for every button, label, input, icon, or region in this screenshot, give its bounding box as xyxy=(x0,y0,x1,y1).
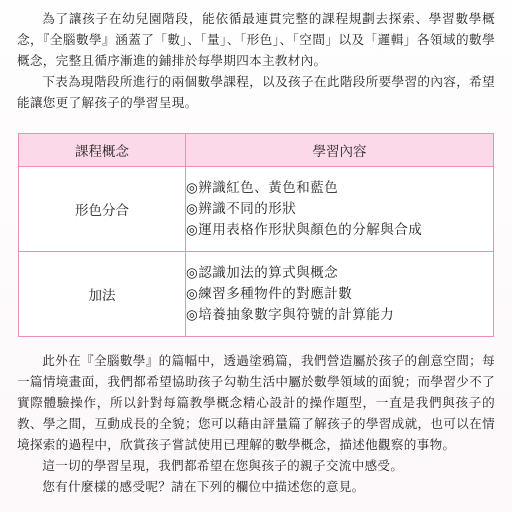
row-concept: 形色分合 xyxy=(19,167,186,252)
outro-paragraph-3: 您有什麼樣的感受呢？請在下列的欄位中描述您的意見。 xyxy=(17,476,495,497)
table-header-row: 課程概念 學習內容 xyxy=(19,134,494,167)
row-content: ◎辨識紅色、黃色和藍色 ◎辨識不同的形狀 ◎運用表格作形狀與顏色的分解與合成 xyxy=(186,167,494,252)
row-concept: 加法 xyxy=(19,252,186,337)
table-row: 形色分合 ◎辨識紅色、黃色和藍色 ◎辨識不同的形狀 ◎運用表格作形狀與顏色的分解… xyxy=(19,167,494,252)
curriculum-table: 課程概念 學習內容 形色分合 ◎辨識紅色、黃色和藍色 ◎辨識不同的形狀 ◎運用表… xyxy=(18,133,494,337)
table-row: 加法 ◎認識加法的算式與概念 ◎練習多種物件的對應計數 ◎培養抽象數字與符號的計… xyxy=(19,252,494,337)
content-item: ◎培養抽象數字與符號的計算能力 xyxy=(186,305,493,326)
content-item: ◎練習多種物件的對應計數 xyxy=(186,284,493,305)
content-item: ◎辨識紅色、黃色和藍色 xyxy=(186,178,493,199)
outro-paragraph-1: 此外在『全腦數學』的篇幅中，透過塗鴉篇，我們營造屬於孩子的創意空間；每一篇情境畫… xyxy=(17,350,495,455)
outro-paragraph-2: 這一切的學習呈現，我們都希望在您與孩子的親子交流中感受。 xyxy=(17,455,495,476)
header-concept: 課程概念 xyxy=(19,134,186,167)
intro-paragraph-1: 為了讓孩子在幼兒園階段，能依循最連貫完整的課程規劃去探索、學習數學概念，『全腦數… xyxy=(17,8,495,71)
header-content: 學習內容 xyxy=(186,134,494,167)
row-content: ◎認識加法的算式與概念 ◎練習多種物件的對應計數 ◎培養抽象數字與符號的計算能力 xyxy=(186,252,494,337)
intro-paragraph-2: 下表為現階段所進行的兩個數學課程，以及孩子在此階段所要學習的內容，希望能讓您更了… xyxy=(17,71,495,113)
content-item: ◎認識加法的算式與概念 xyxy=(186,263,493,284)
content-item: ◎運用表格作形狀與顏色的分解與合成 xyxy=(186,220,493,241)
content-item: ◎辨識不同的形狀 xyxy=(186,199,493,220)
